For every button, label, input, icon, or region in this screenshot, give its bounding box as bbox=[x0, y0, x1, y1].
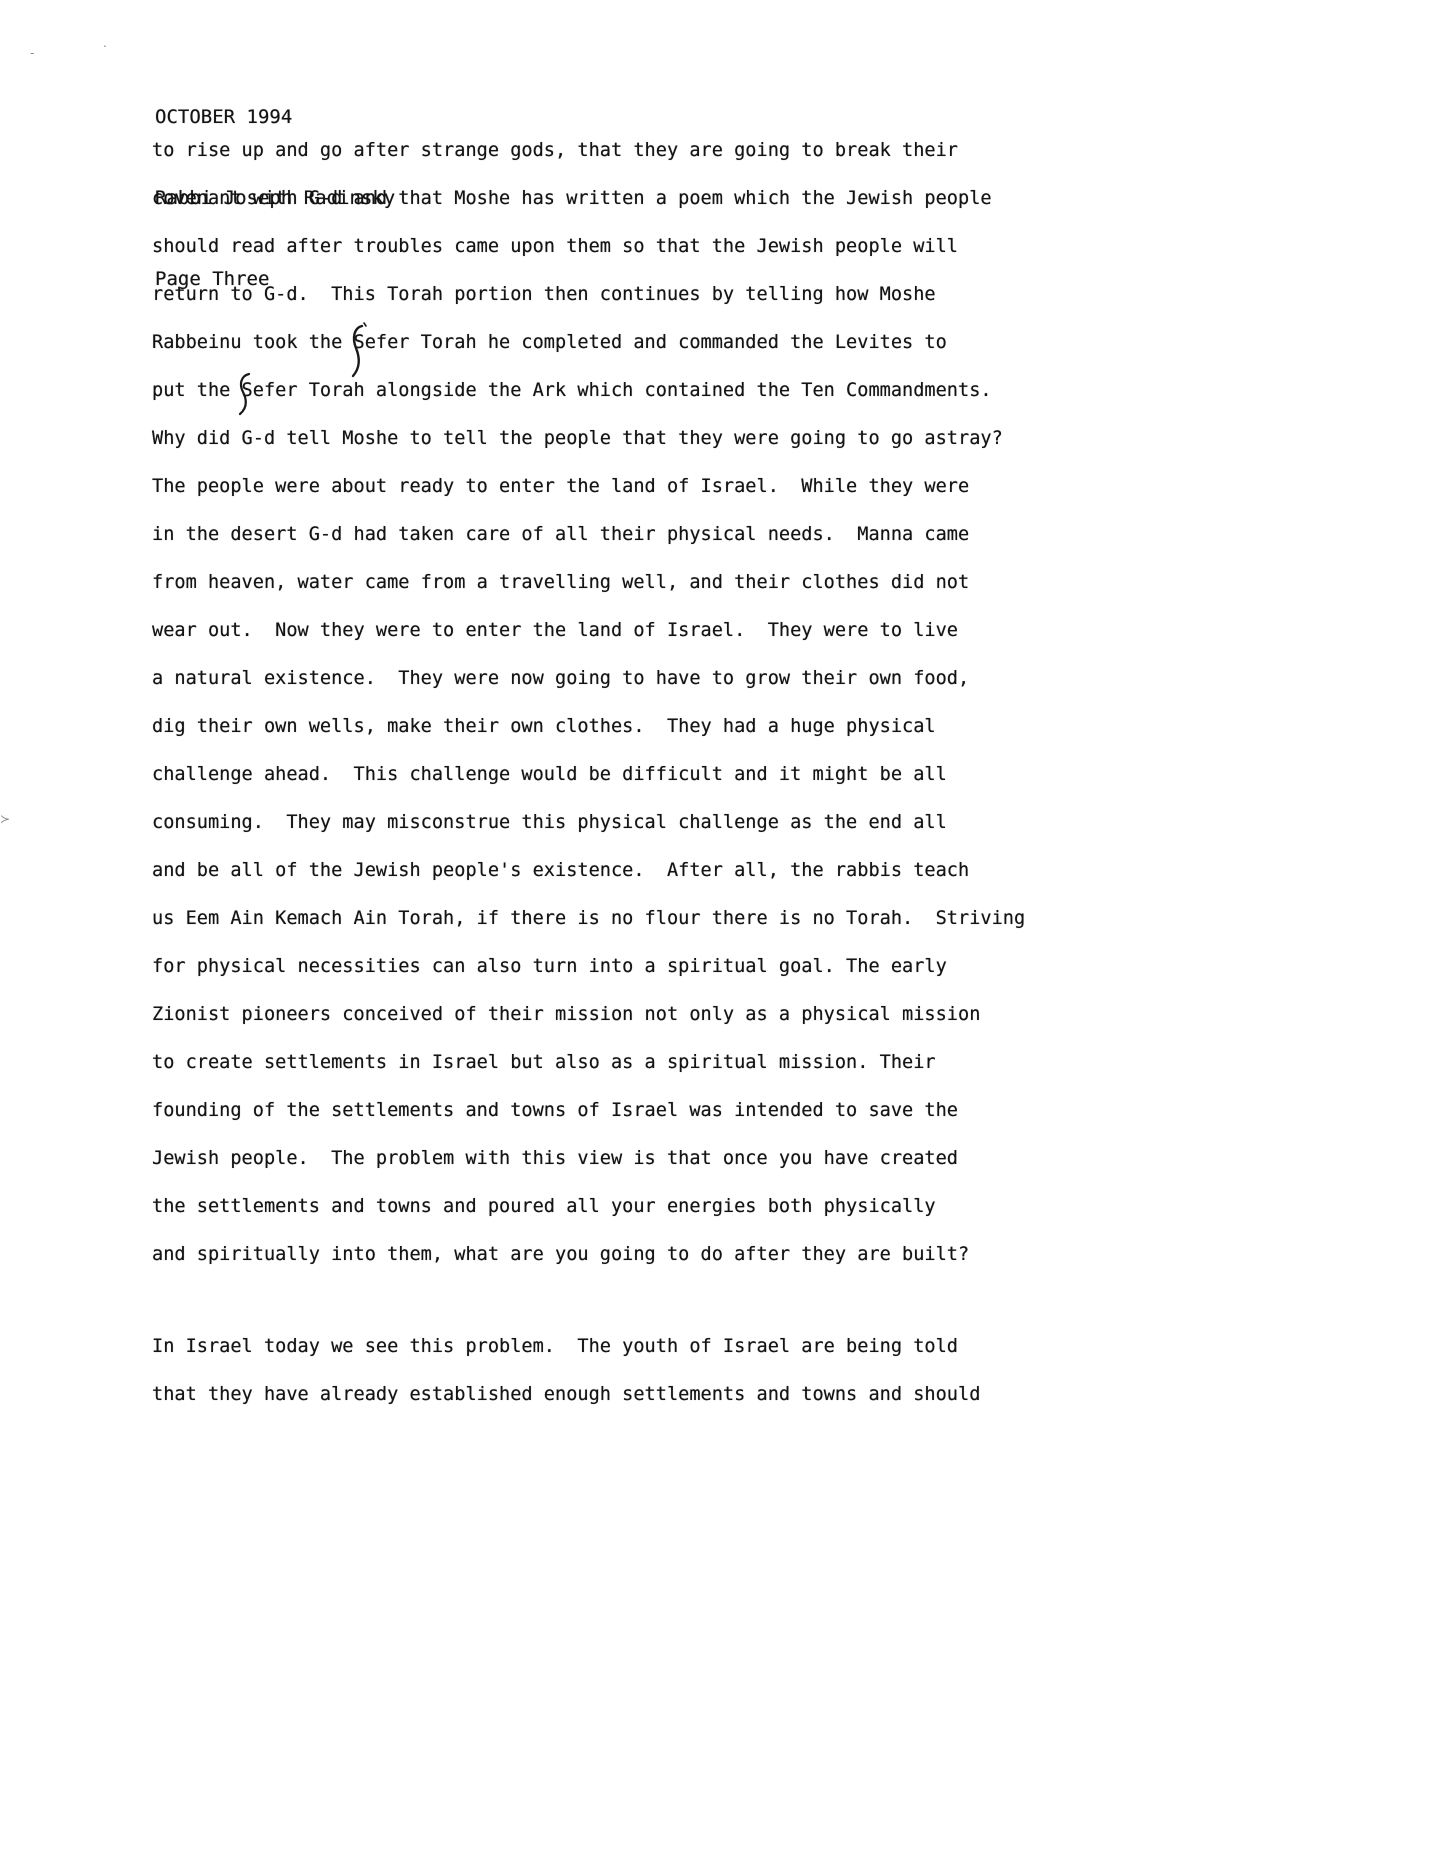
text-line: in the desert G-d had taken care of all … bbox=[152, 511, 1025, 559]
scan-speck-dash: - bbox=[30, 46, 34, 60]
text-line: for physical necessities can also turn i… bbox=[152, 943, 1025, 991]
text-line: put the Sefer Torah alongside the Ark wh… bbox=[152, 367, 1025, 415]
text-line: to rise up and go after strange gods, th… bbox=[152, 127, 1025, 175]
text-line: should read after troubles came upon the… bbox=[152, 223, 1025, 271]
text-line: Why did G-d tell Moshe to tell the peopl… bbox=[152, 415, 1025, 463]
text-line: return to G-d. This Torah portion then c… bbox=[152, 271, 1025, 319]
text-line: Rabbeinu took the Sefer Torah he complet… bbox=[152, 319, 1025, 367]
document-body: to rise up and go after strange gods, th… bbox=[152, 127, 1025, 1419]
paragraph: In Israel today we see this problem. The… bbox=[152, 1323, 1025, 1419]
text-line: the settlements and towns and poured all… bbox=[152, 1183, 1025, 1231]
text-line: from heaven, water came from a travellin… bbox=[152, 559, 1025, 607]
text-line: to create settlements in Israel but also… bbox=[152, 1039, 1025, 1087]
text-line: that they have already established enoug… bbox=[152, 1371, 1025, 1419]
text-line: us Eem Ain Kemach Ain Torah, if there is… bbox=[152, 895, 1025, 943]
text-line: founding of the settlements and towns of… bbox=[152, 1087, 1025, 1135]
text-line: and be all of the Jewish people's existe… bbox=[152, 847, 1025, 895]
margin-mark: ≻ bbox=[0, 812, 10, 826]
text-line: a natural existence. They were now going… bbox=[152, 655, 1025, 703]
scanned-document-page: - . ≻ OCTOBER 1994 Rabbi Joseph Radinsky… bbox=[0, 0, 1430, 1851]
text-line: challenge ahead. This challenge would be… bbox=[152, 751, 1025, 799]
text-line: In Israel today we see this problem. The… bbox=[152, 1323, 1025, 1371]
paragraph: to rise up and go after strange gods, th… bbox=[152, 127, 1025, 1279]
text-line: Zionist pioneers conceived of their miss… bbox=[152, 991, 1025, 1039]
text-line: wear out. Now they were to enter the lan… bbox=[152, 607, 1025, 655]
scan-speck-dot: . bbox=[103, 36, 107, 50]
text-line: dig their own wells, make their own clot… bbox=[152, 703, 1025, 751]
text-line: consuming. They may misconstrue this phy… bbox=[152, 799, 1025, 847]
text-line: Jewish people. The problem with this vie… bbox=[152, 1135, 1025, 1183]
text-line: covenant with G-d and that Moshe has wri… bbox=[152, 175, 1025, 223]
text-line: The people were about ready to enter the… bbox=[152, 463, 1025, 511]
text-line: and spiritually into them, what are you … bbox=[152, 1231, 1025, 1279]
